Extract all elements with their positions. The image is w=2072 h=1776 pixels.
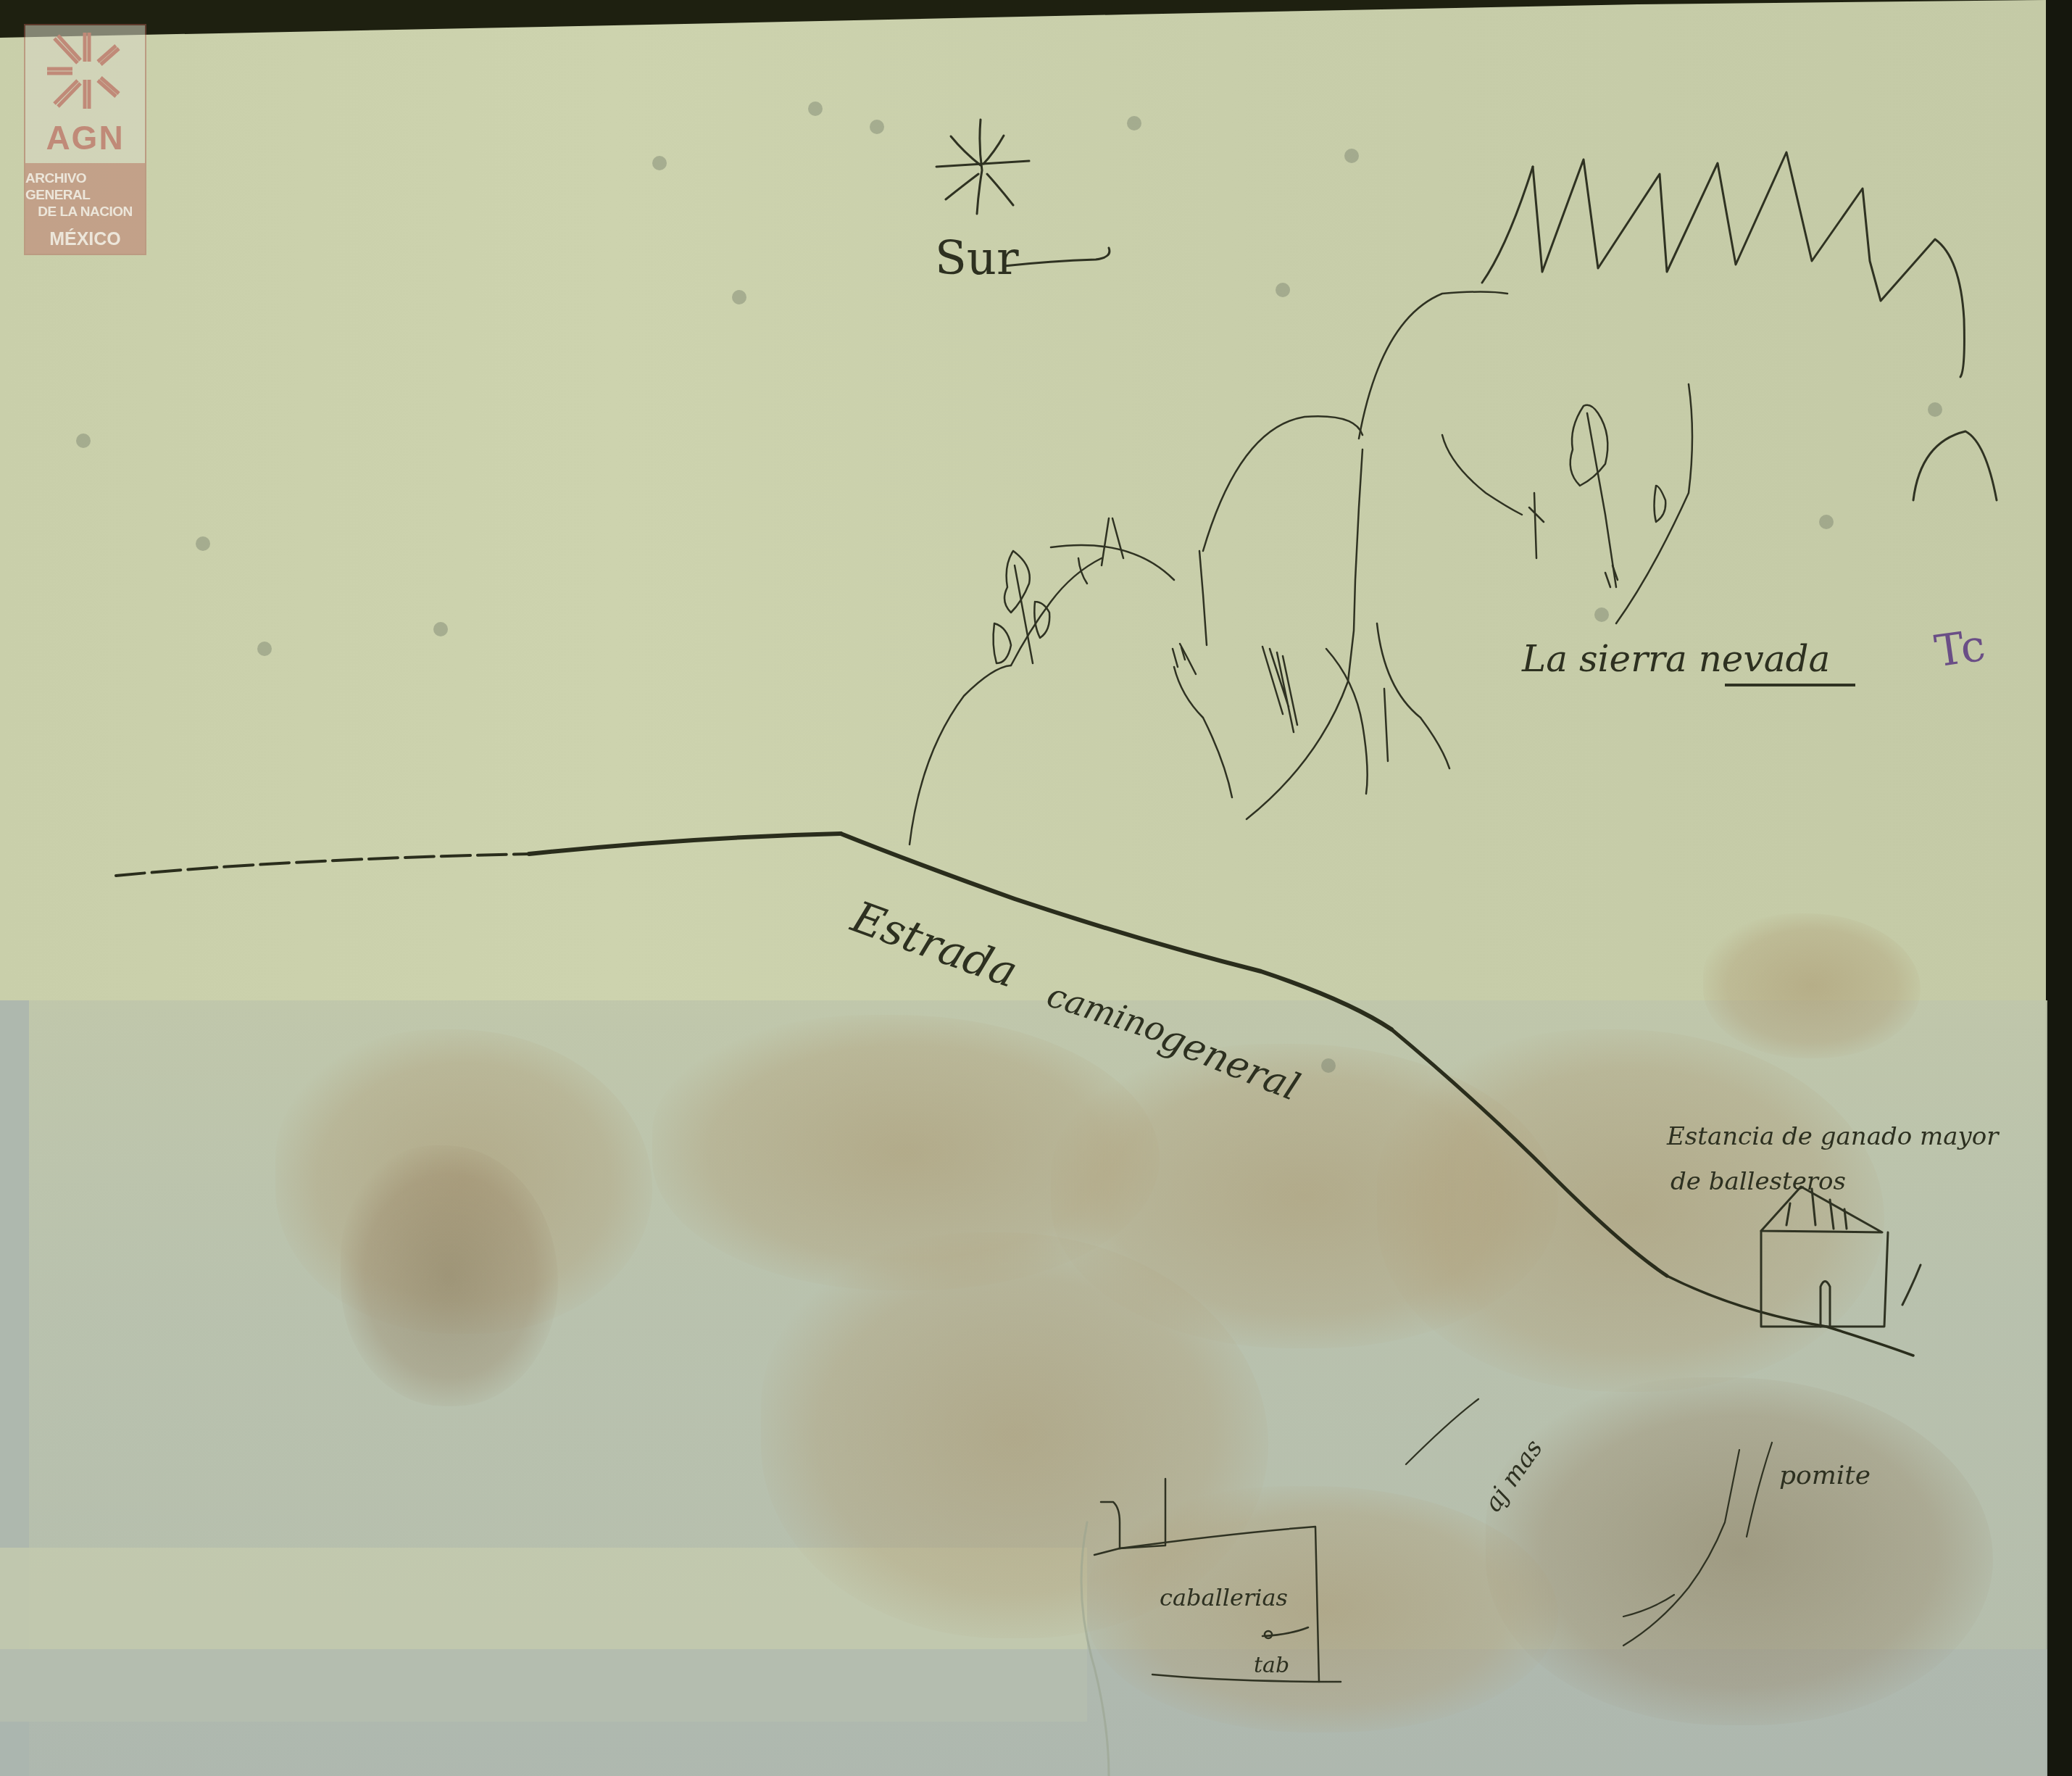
label-caballerias: caballerias: [1160, 1584, 1288, 1611]
label-sierra-nevada: La sierra nevada: [1522, 638, 1830, 680]
road: [116, 834, 1913, 1356]
compass-label-sur: Sur: [935, 232, 1019, 286]
stream: [1406, 1399, 1772, 1646]
compass-rose-icon: [936, 120, 1029, 214]
label-estancia-line2: de ballesteros: [1671, 1167, 1846, 1196]
label-pomite: pomite: [1779, 1461, 1871, 1490]
fold-crease: [1081, 1522, 1109, 1776]
archive-mark: Tc: [1931, 621, 1988, 678]
map-drawing: [0, 0, 2072, 1776]
land-parcel: [1094, 1479, 1341, 1682]
house-icon: [1761, 1187, 1921, 1327]
label-tab: tab: [1254, 1653, 1289, 1678]
mountain-range: [1482, 152, 1964, 377]
tree-icons: [994, 405, 1666, 663]
label-estancia-line1: Estancia de ganado mayor: [1667, 1122, 1998, 1151]
sierra-underline: [1725, 684, 1855, 686]
